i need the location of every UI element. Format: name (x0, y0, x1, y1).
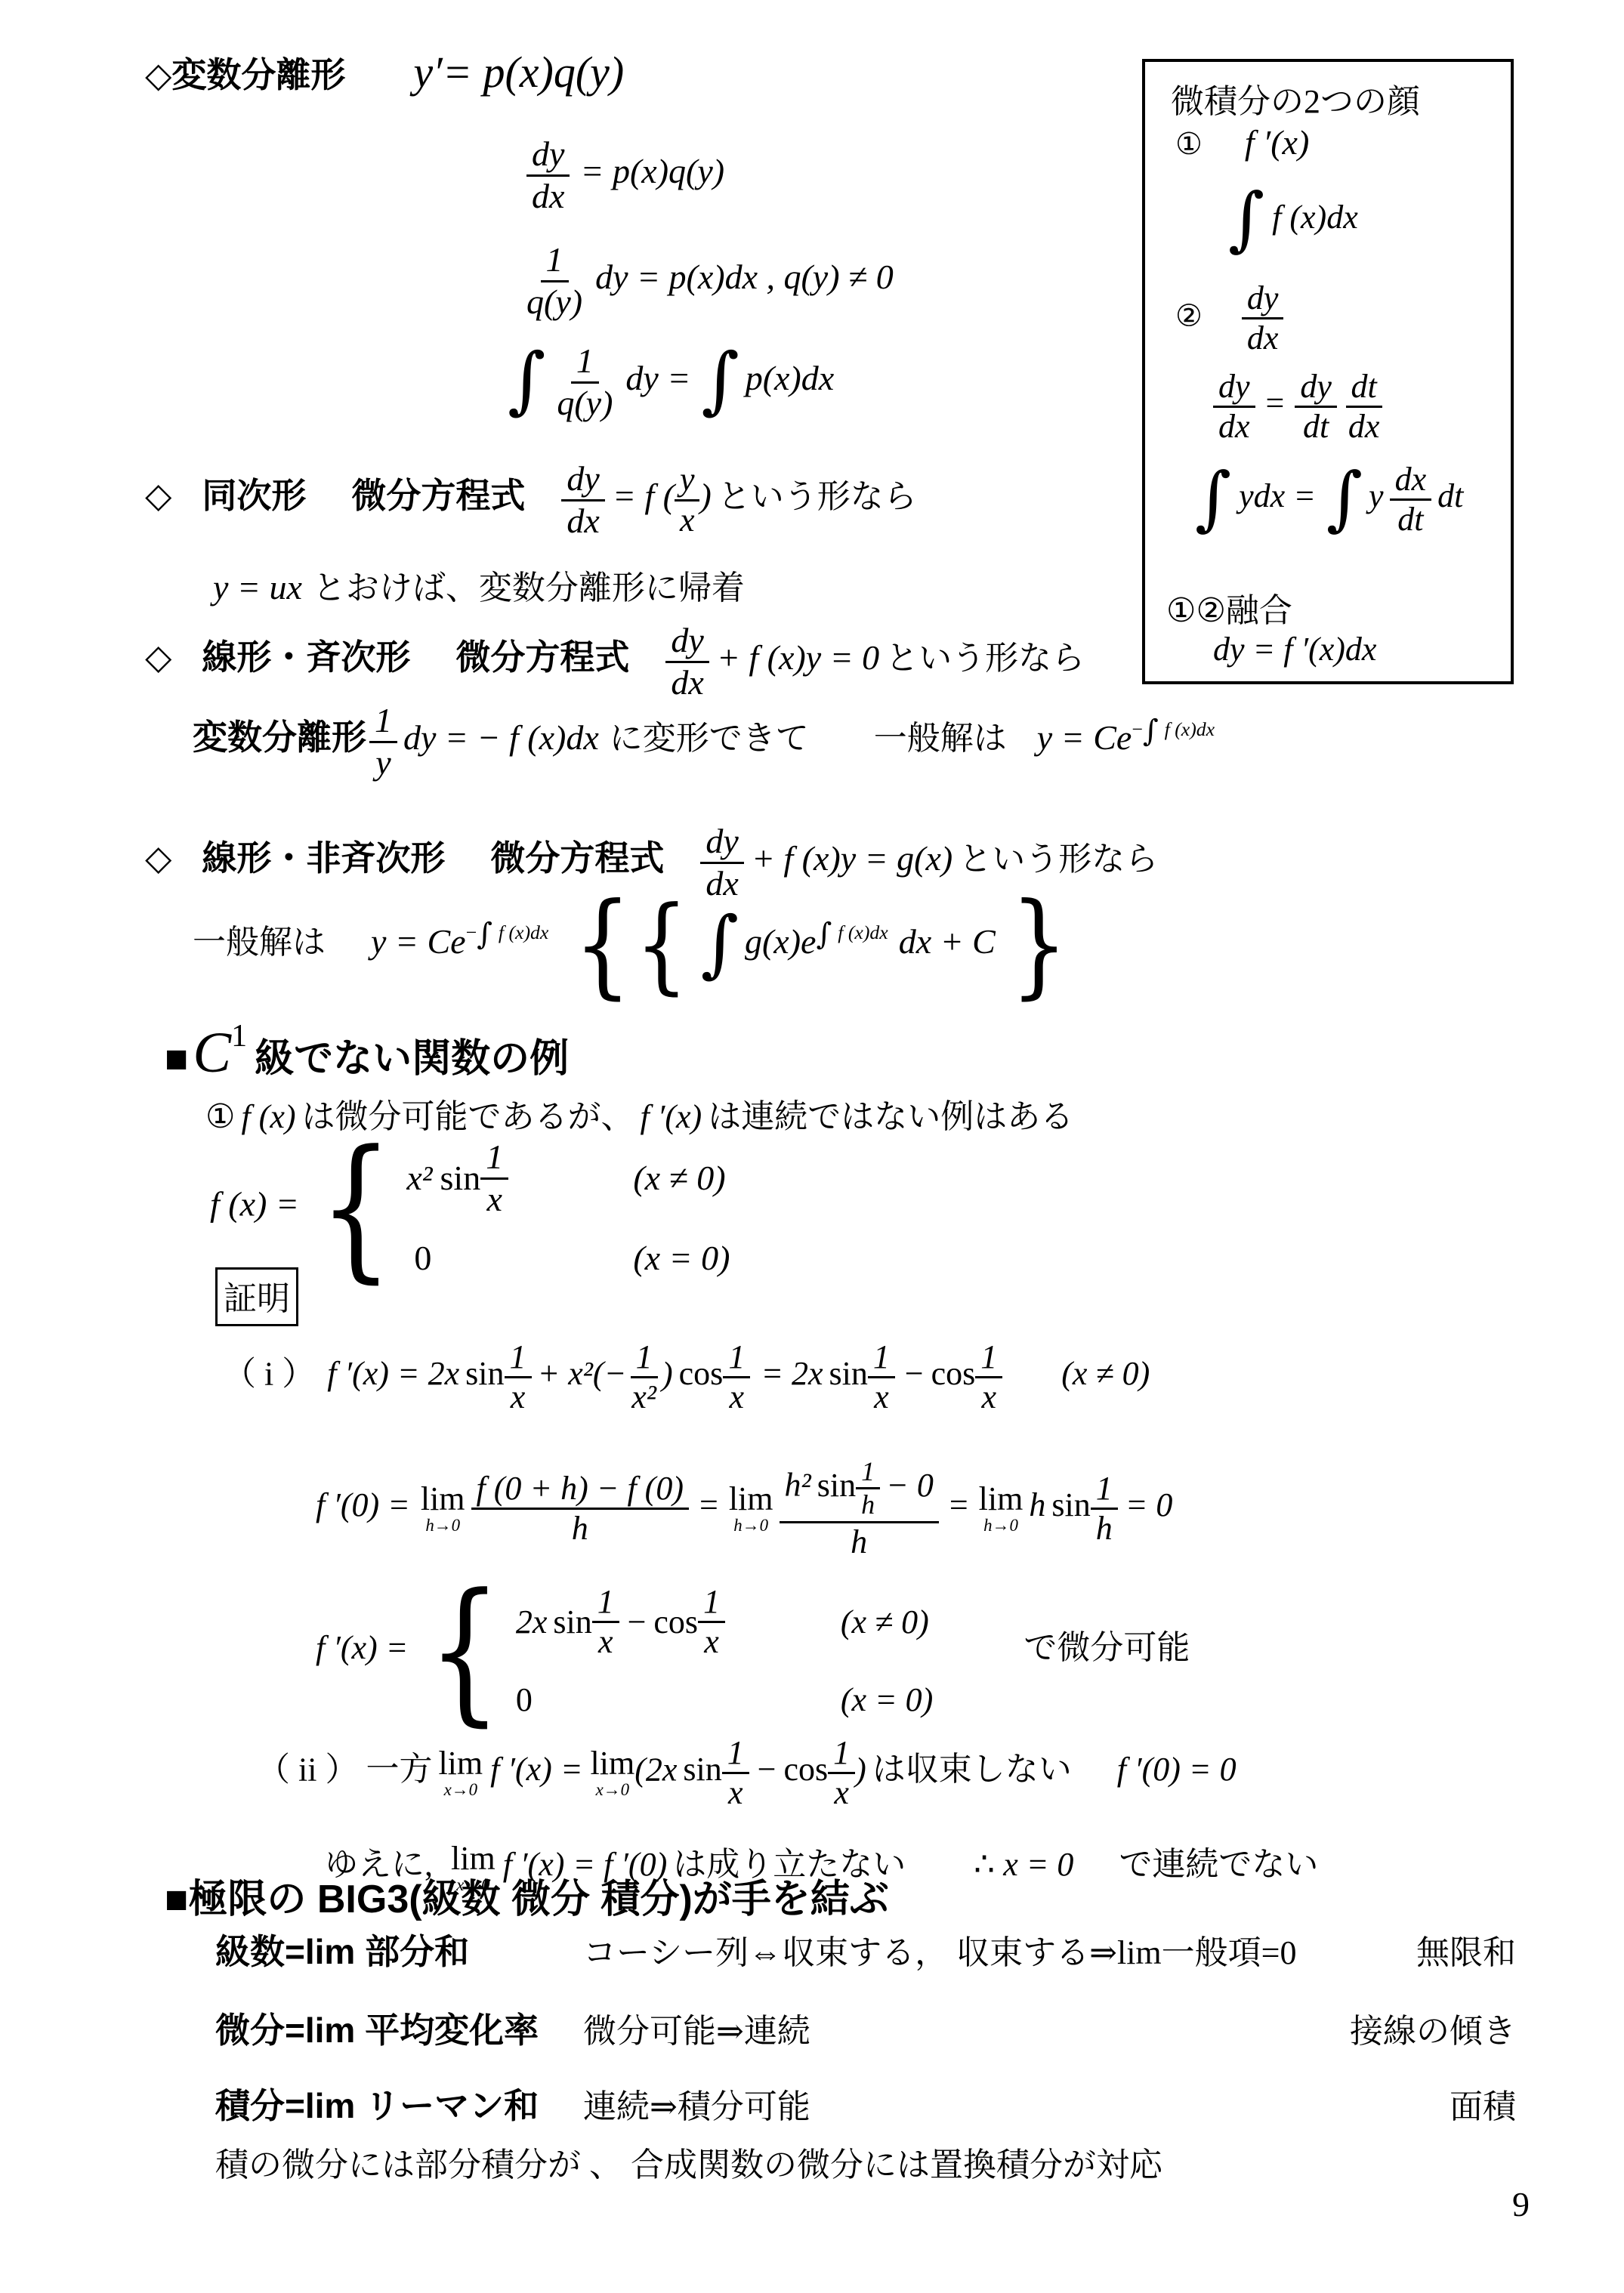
cos-function: cos (931, 1355, 976, 1392)
calculus-two-faces-box: 微積分の2つの顔 ①f ′(x) ∫f (x)dx ②dydx dydx=dyd… (1142, 59, 1514, 684)
cos-function: cos (679, 1355, 724, 1392)
sin-function: sin (1051, 1486, 1090, 1523)
integral-icon: ∫ (508, 347, 545, 413)
circled-1: ① (205, 1098, 235, 1135)
fraction-dy-dx: dydx (526, 134, 570, 215)
integral-icon: ∫ (1228, 187, 1264, 250)
fusion-label: ①②融合 (1166, 583, 1292, 631)
step-marker: （ ii ） (257, 1751, 358, 1788)
fraction-1-x: 1x (723, 1338, 750, 1416)
fraction-dy-dx: dydx (1242, 279, 1284, 357)
equation-separable-3: ∫1q(y)dy =∫p(x)dx (508, 341, 834, 422)
piecewise-group: {x²sin1x(x ≠ 0)0(x = 0) (307, 1137, 730, 1278)
big3-row-derivative: 微分=lim 平均変化率微分可能⇒連続接線の傾き (215, 2003, 1516, 2053)
equals: = (1266, 384, 1285, 421)
general-solution-label: 一般解は (874, 720, 1007, 757)
row-middle: コーシー列⇔収束する， 収束する⇒lim一般項=0 (583, 1925, 1296, 1974)
fraction-dx-dt: dxdt (1390, 461, 1432, 539)
label-ode: 微分方程式 (455, 637, 629, 677)
fraction-1-x: 1x (698, 1583, 725, 1661)
label-ode: 微分方程式 (351, 476, 525, 515)
page-number: 9 (1512, 2184, 1530, 2224)
h-squared-quotient: h²sin1h− 0h (780, 1456, 939, 1560)
heading-text: 級でない関数の例 (255, 1037, 569, 1081)
piecewise-group: {2xsin1x−cos1x(x ≠ 0)0(x = 0) (415, 1583, 933, 1719)
equation-mid: dy = (625, 359, 690, 397)
fusion-equation: dy = f ′(x)dx (1213, 630, 1376, 668)
fraction-dy-dx: dydx (1213, 368, 1255, 446)
condition: (x ≠ 0) (841, 1603, 929, 1641)
linear-inhomogeneous-solution: 一般解はy = Ce−∫f (x)dx{{∫g(x)e∫f (x)dxdx + … (193, 912, 1075, 978)
condition: (x ≠ 0) (1061, 1355, 1150, 1392)
fraction-1-h: 1h (856, 1456, 880, 1520)
solution-base: y = Ce (371, 922, 466, 961)
fraction-1-x2: 1x² (626, 1338, 662, 1416)
square-marker: ■ (165, 1037, 188, 1081)
step-marker: （ i ） (223, 1355, 315, 1392)
transform-text: に変形できて (610, 720, 809, 757)
inner-exponent: ∫f (x)dx (816, 921, 888, 944)
solution-exponent: −∫f (x)dx (1132, 718, 1215, 741)
proof-step-i: （ i ）f ′(x) = 2xsin1x+ x²(−1x²)cos1x= 2x… (223, 1338, 1150, 1416)
lead-label: 変数分離形 (193, 718, 366, 757)
fraction-1-x: 1x (975, 1338, 1002, 1416)
intro-text-2: は連続ではない例はある (708, 1098, 1073, 1135)
fraction-1-x: 1x (722, 1734, 749, 1812)
big3-row-integral: 積分=lim リーマン和連続⇒積分可能面積 (215, 2079, 1516, 2128)
case-nonzero: 2xsin1x−cos1x(x ≠ 0) (516, 1583, 934, 1661)
row-right: 接線の傾き (1350, 2004, 1516, 2052)
integral-icon: ∫ (477, 918, 492, 952)
equation-rhs: + f (x)y = 0 (717, 638, 879, 677)
fraction-1-y: 1y (369, 701, 397, 782)
circled-2: ② (1175, 298, 1203, 332)
substitution-integral-line: ∫ydx =∫ydxdtdt (1195, 461, 1463, 539)
equation-rhs: = p(x)q(y) (580, 152, 724, 190)
cos-function: cos (783, 1751, 828, 1788)
condition: (x = 0) (633, 1238, 730, 1278)
document-page: ◇変数分離形y′= p(x)q(y) dydx= p(x)q(y) 1q(y)d… (0, 0, 1624, 2293)
fraction-dt-dx: dtdx (1343, 368, 1385, 446)
differentiable-text: で微分可能 (1023, 1629, 1190, 1666)
row-label: 積分=lim リーマン和 (215, 2079, 583, 2128)
tail-text: という形なら (718, 478, 917, 515)
condition: (x ≠ 0) (633, 1158, 725, 1198)
fraction-1-x: 1x (505, 1338, 532, 1416)
derivative-f: f ′(x) (1245, 123, 1309, 162)
dx-plus-c: dx + C (899, 922, 996, 961)
fraction-1-x: 1x (480, 1137, 508, 1218)
sin-function: sin (440, 1158, 481, 1198)
piecewise-f-definition: f (x) ={x²sin1x(x ≠ 0)0(x = 0) (210, 1137, 730, 1278)
fraction-dy-dt: dydt (1295, 368, 1337, 446)
square-marker: ■ (165, 1878, 188, 1921)
box-item-2: ②dydx (1175, 279, 1283, 357)
heading-c1: ■C1級でない関数の例 (165, 1018, 569, 1086)
chain-rule-line: dydx=dydtdtdx (1213, 368, 1385, 446)
circled-1: ① (1175, 127, 1203, 161)
piecewise-derivative: f ′(x) ={2xsin1x−cos1x(x ≠ 0)0(x = 0)で微分… (316, 1583, 1190, 1719)
section-title: 同次形 (202, 476, 306, 515)
equation-separable-2: 1q(y)dy = p(x)dx , q(y) ≠ 0 (521, 240, 894, 321)
f-of-x: f (x) (241, 1098, 295, 1135)
sin-function: sin (817, 1467, 856, 1504)
equals: = (699, 1486, 718, 1523)
difference-quotient: f (0 + h) − f (0)h (471, 1470, 689, 1548)
fraction-1-qy: 1q(y) (551, 341, 618, 422)
sub-text: とおけば、変数分離形に帰着 (313, 569, 745, 606)
close-paren: ) (699, 477, 711, 515)
diamond-marker: ◇ (145, 637, 171, 677)
integral-icon: ∫ (701, 911, 739, 977)
equation-rhs: dy = p(x)dx , q(y) ≠ 0 (595, 258, 894, 296)
proof-label-row: 証明 (215, 1267, 298, 1326)
sin-function: sin (829, 1355, 868, 1392)
fraction-dy-dx: dydx (665, 621, 709, 702)
c-superscript: 1 (231, 1019, 247, 1054)
integral-icon: ∫ (1195, 467, 1231, 529)
fraction-1-h: 1h (1091, 1470, 1118, 1548)
fraction-1-qy: 1q(y) (521, 240, 588, 321)
proof-step-ii: （ ii ）一方limx→0f ′(x) =limx→0(2xsin1x−cos… (257, 1734, 1237, 1812)
integral-icon: ∫ (1326, 467, 1363, 529)
tail-text: という形なら (959, 841, 1158, 878)
cos-function: cos (653, 1603, 698, 1641)
big3-row-series: 級数=lim 部分和コーシー列⇔収束する， 収束する⇒lim一般項=0無限和 (215, 1924, 1516, 1974)
integrand: f (x)dx (1272, 199, 1358, 236)
equals-f-open: = f ( (613, 477, 675, 515)
solution-exponent: −∫f (x)dx (466, 921, 549, 944)
dt-var: dt (1437, 477, 1463, 514)
diamond-marker: ◇ (145, 55, 171, 94)
fraction-dy-dx: dydx (561, 459, 604, 540)
label-ode: 微分方程式 (490, 838, 664, 878)
tail-text: という形なら (885, 640, 1085, 677)
box-title: 微積分の2つの顔 (1171, 74, 1420, 122)
big3-footer: 積の微分には部分積分が 、 合成関数の微分には置換積分が対応 (215, 2137, 1162, 2186)
case-zero: 0(x = 0) (406, 1238, 730, 1278)
diamond-marker: ◇ (145, 476, 171, 515)
row-right: 面積 (1450, 2079, 1516, 2128)
integral-icon: ∫ (1143, 714, 1159, 748)
substitution: y = ux (213, 568, 302, 606)
solution-base: y = Ce (1037, 718, 1132, 757)
f-prime: f ′(x) (641, 1098, 702, 1135)
y-var: y (1369, 477, 1384, 514)
diamond-marker: ◇ (145, 838, 171, 878)
equals: = (949, 1486, 968, 1523)
limit-x-to-0: limx→0 (591, 1746, 635, 1799)
section-separable-title: ◇変数分離形y′= p(x)q(y) (145, 47, 624, 97)
section-title: 線形・斉次形 (202, 637, 410, 677)
sin-function: sin (465, 1355, 504, 1392)
box-item-1: ①f ′(x) (1175, 122, 1309, 162)
heading-text: 極限の BIG3(級数 微分 積分)が手を結ぶ (188, 1878, 888, 1921)
head-equation: y′= p(x)q(y) (413, 48, 624, 97)
fraction-1-x: 1x (868, 1338, 895, 1416)
fraction-1-x: 1x (828, 1734, 855, 1812)
not-continuous-text: で連続でない (1119, 1846, 1318, 1883)
proof-box: 証明 (215, 1267, 298, 1326)
linear-homogeneous-solution: 変数分離形1ydy = − f (x)dxに変形できて一般解はy = Ce−∫f… (193, 701, 1215, 782)
sin-function: sin (683, 1751, 721, 1788)
g-of-x-e: g(x)e (745, 922, 816, 961)
f-lhs: f (x) = (210, 1185, 299, 1224)
limit-h-to-0: limh→0 (979, 1482, 1023, 1535)
row-label: 級数=lim 部分和 (215, 1924, 583, 1974)
fraction-dy-dx: dydx (700, 822, 743, 903)
diverge-text: は収束しない (872, 1751, 1072, 1788)
limit-h-to-0: limh→0 (421, 1482, 465, 1535)
row-label: 微分=lim 平均変化率 (215, 2003, 583, 2053)
equation-mid: dy = − f (x)dx (403, 718, 599, 757)
section-homogeneous: ◇同次形微分方程式dydx= f (yx)という形なら (145, 459, 917, 540)
row-right: 無限和 (1416, 1925, 1516, 1974)
limit-h-to-0: limh→0 (729, 1482, 773, 1535)
equation-rhs: + f (x)y = g(x) (752, 839, 952, 878)
box-item-1-integral: ∫f (x)dx (1228, 189, 1358, 252)
row-middle: 連続⇒積分可能 (583, 2079, 810, 2128)
equation-rhs: p(x)dx (746, 359, 834, 397)
case-zero: 0(x = 0) (516, 1680, 934, 1719)
sin-function: sin (553, 1603, 591, 1641)
section-title: 変数分離形 (171, 55, 345, 94)
ydx-equals: ydx = (1239, 477, 1316, 514)
integral-icon: ∫ (816, 918, 832, 952)
integral-icon: ∫ (701, 347, 739, 413)
section-linear-homogeneous: ◇線形・斉次形微分方程式dydx+ f (x)y = 0という形なら (145, 621, 1085, 702)
limit-x-to-0: limx→0 (438, 1746, 483, 1799)
heading-big3: ■極限の BIG3(級数 微分 積分)が手を結ぶ (165, 1867, 889, 1924)
case-nonzero: x²sin1x(x ≠ 0) (406, 1137, 730, 1218)
fraction-1-x: 1x (592, 1583, 619, 1661)
fraction-y-x: yx (675, 461, 700, 539)
equation-separable-1: dydx= p(x)q(y) (526, 134, 724, 215)
condition: (x = 0) (841, 1680, 934, 1719)
general-solution-label: 一般解は (193, 924, 326, 961)
row-middle: 微分可能⇒連続 (583, 2004, 810, 2052)
section-title: 線形・非斉次形 (202, 838, 445, 878)
c-symbol: C (193, 1021, 231, 1085)
derivative-at-zero: f ′(0) =limh→0f (0 + h) − f (0)h=limh→0h… (316, 1456, 1172, 1560)
homogeneous-substitution: y = uxとおけば、変数分離形に帰着 (213, 560, 745, 609)
